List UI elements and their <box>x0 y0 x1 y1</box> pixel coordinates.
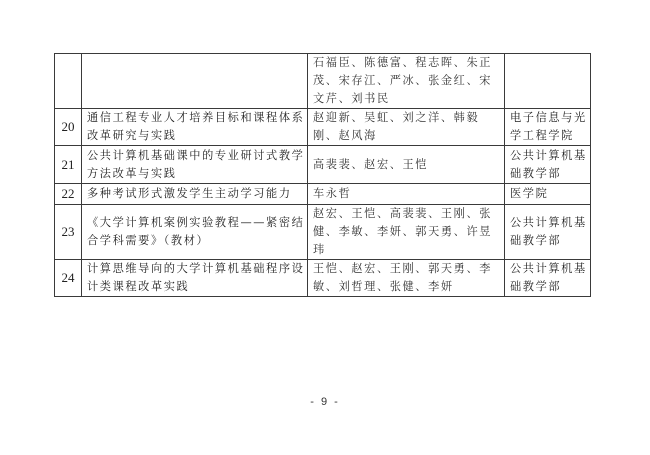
page-number: - 9 - <box>0 396 650 408</box>
project-unit: 公共计算机基础教学部 <box>505 260 591 297</box>
award-projects-table: 石福臣、陈德富、程志晖、朱正茂、宋存江、严冰、张金红、宋文芹、刘书民 20 通信… <box>54 53 591 297</box>
project-title: 《大学计算机案例实验教程——紧密结合学科需要》（教材） <box>82 205 308 260</box>
row-number: 21 <box>55 146 82 184</box>
table-row: 21 公共计算机基础课中的专业研讨式教学方法改革与实践 高裴裴、赵宏、王恺 公共… <box>55 146 591 184</box>
project-unit: 电子信息与光学工程学院 <box>505 109 591 146</box>
project-title: 通信工程专业人才培养目标和课程体系改革研究与实践 <box>82 109 308 146</box>
table-row: 23 《大学计算机案例实验教程——紧密结合学科需要》（教材） 赵宏、王恺、高裴裴… <box>55 205 591 260</box>
table-row: 24 计算思维导向的大学计算机基础程序设计类课程改革实践 王恺、赵宏、王刚、郭天… <box>55 260 591 297</box>
project-title: 多种考试形式激发学生主动学习能力 <box>82 184 308 205</box>
project-members: 高裴裴、赵宏、王恺 <box>308 146 505 184</box>
project-unit: 公共计算机基础教学部 <box>505 146 591 184</box>
table-row: 石福臣、陈德富、程志晖、朱正茂、宋存江、严冰、张金红、宋文芹、刘书民 <box>55 54 591 109</box>
table-row: 22 多种考试形式激发学生主动学习能力 车永哲 医学院 <box>55 184 591 205</box>
project-title: 计算思维导向的大学计算机基础程序设计类课程改革实践 <box>82 260 308 297</box>
project-members: 车永哲 <box>308 184 505 205</box>
row-number: 23 <box>55 205 82 260</box>
project-unit: 公共计算机基础教学部 <box>505 205 591 260</box>
document-page: 石福臣、陈德富、程志晖、朱正茂、宋存江、严冰、张金红、宋文芹、刘书民 20 通信… <box>0 0 650 455</box>
table-row: 20 通信工程专业人才培养目标和课程体系改革研究与实践 赵迎新、吴虹、刘之洋、韩… <box>55 109 591 146</box>
row-number <box>55 54 82 109</box>
project-unit: 医学院 <box>505 184 591 205</box>
project-members: 王恺、赵宏、王刚、郭天勇、李敏、刘哲理、张健、李妍 <box>308 260 505 297</box>
project-members: 赵迎新、吴虹、刘之洋、韩毅刚、赵风海 <box>308 109 505 146</box>
row-number: 20 <box>55 109 82 146</box>
project-members: 赵宏、王恺、高裴裴、王刚、张健、李敏、李妍、郭天勇、许昱玮 <box>308 205 505 260</box>
row-number: 24 <box>55 260 82 297</box>
project-title <box>82 54 308 109</box>
project-title: 公共计算机基础课中的专业研讨式教学方法改革与实践 <box>82 146 308 184</box>
project-members: 石福臣、陈德富、程志晖、朱正茂、宋存江、严冰、张金红、宋文芹、刘书民 <box>308 54 505 109</box>
project-unit <box>505 54 591 109</box>
row-number: 22 <box>55 184 82 205</box>
